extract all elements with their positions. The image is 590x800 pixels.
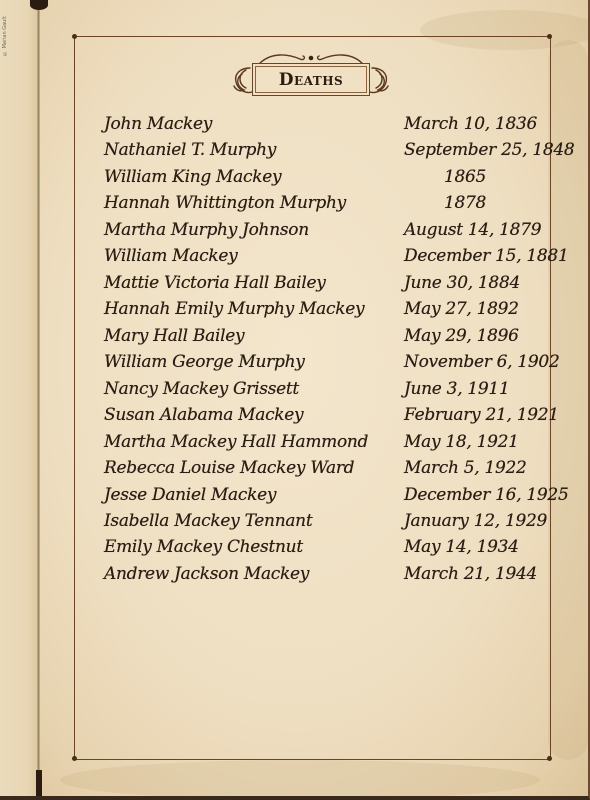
entry-name: Jesse Daniel Mackey — [104, 485, 276, 505]
entry-name: Martha Murphy Johnson — [104, 220, 309, 240]
entry-name: Emily Mackey Chestnut — [104, 537, 303, 557]
list-item: William George Murphy November 6, 1902 — [104, 352, 544, 378]
list-item: Mary Hall Bailey May 29, 1896 — [104, 326, 544, 352]
list-item: Hannah Emily Murphy Mackey May 27, 1892 — [104, 299, 544, 325]
list-item: William Mackey December 15, 1881 — [104, 246, 544, 272]
entry-name: Isabella Mackey Tennant — [104, 511, 312, 531]
entry-name: John Mackey — [104, 114, 212, 134]
entry-date: March 21, 1944 — [404, 564, 537, 584]
list-item: William King Mackey 1865 — [104, 167, 544, 193]
entry-name: Mary Hall Bailey — [104, 326, 244, 346]
entry-name: Mattie Victoria Hall Bailey — [104, 273, 326, 293]
entry-name: William Mackey — [104, 246, 237, 266]
entry-date: December 16, 1925 — [404, 485, 568, 505]
deaths-list: John Mackey March 10, 1836 Nathaniel T. … — [0, 0, 590, 800]
entry-date: February 21, 1921 — [404, 405, 559, 425]
entry-name: Hannah Whittington Murphy — [104, 193, 346, 213]
list-item: Mattie Victoria Hall Bailey June 30, 188… — [104, 273, 544, 299]
entry-name: Nancy Mackey Grissett — [104, 379, 299, 399]
entry-date: September 25, 1848 — [404, 140, 574, 160]
entry-date: 1878 — [444, 193, 486, 213]
entry-name: Martha Mackey Hall Hammond — [104, 432, 368, 452]
entry-date: January 12, 1929 — [404, 511, 547, 531]
entry-date: June 3, 1911 — [404, 379, 509, 399]
list-item: Emily Mackey Chestnut May 14, 1934 — [104, 537, 544, 563]
list-item: Jesse Daniel Mackey December 16, 1925 — [104, 485, 544, 511]
list-item: John Mackey March 10, 1836 — [104, 114, 544, 140]
entry-date: March 10, 1836 — [404, 114, 537, 134]
entry-date: 1865 — [444, 167, 486, 187]
entry-date: May 29, 1896 — [404, 326, 519, 346]
entry-name: Hannah Emily Murphy Mackey — [104, 299, 364, 319]
entry-name: William King Mackey — [104, 167, 281, 187]
entry-name: Nathaniel T. Murphy — [104, 140, 276, 160]
list-item: Martha Mackey Hall Hammond May 18, 1921 — [104, 432, 544, 458]
list-item: Andrew Jackson Mackey March 21, 1944 — [104, 564, 544, 590]
list-item: Nathaniel T. Murphy September 25, 1848 — [104, 140, 544, 166]
entry-date: May 27, 1892 — [404, 299, 519, 319]
list-item: Nancy Mackey Grissett June 3, 1911 — [104, 379, 544, 405]
entry-date: November 6, 1902 — [404, 352, 559, 372]
record-page: © Marian Gault Deaths John — [0, 0, 590, 800]
entry-date: June 30, 1884 — [404, 273, 520, 293]
list-item: Isabella Mackey Tennant January 12, 1929 — [104, 511, 544, 537]
entry-date: May 14, 1934 — [404, 537, 519, 557]
entry-date: May 18, 1921 — [404, 432, 519, 452]
entry-date: March 5, 1922 — [404, 458, 527, 478]
entry-name: Rebecca Louise Mackey Ward — [104, 458, 354, 478]
list-item: Susan Alabama Mackey February 21, 1921 — [104, 405, 544, 431]
entry-name: William George Murphy — [104, 352, 305, 372]
list-item: Hannah Whittington Murphy 1878 — [104, 193, 544, 219]
list-item: Rebecca Louise Mackey Ward March 5, 1922 — [104, 458, 544, 484]
entry-name: Andrew Jackson Mackey — [104, 564, 309, 584]
entry-date: August 14, 1879 — [404, 220, 541, 240]
entry-date: December 15, 1881 — [404, 246, 568, 266]
list-item: Martha Murphy Johnson August 14, 1879 — [104, 220, 544, 246]
entry-name: Susan Alabama Mackey — [104, 405, 303, 425]
